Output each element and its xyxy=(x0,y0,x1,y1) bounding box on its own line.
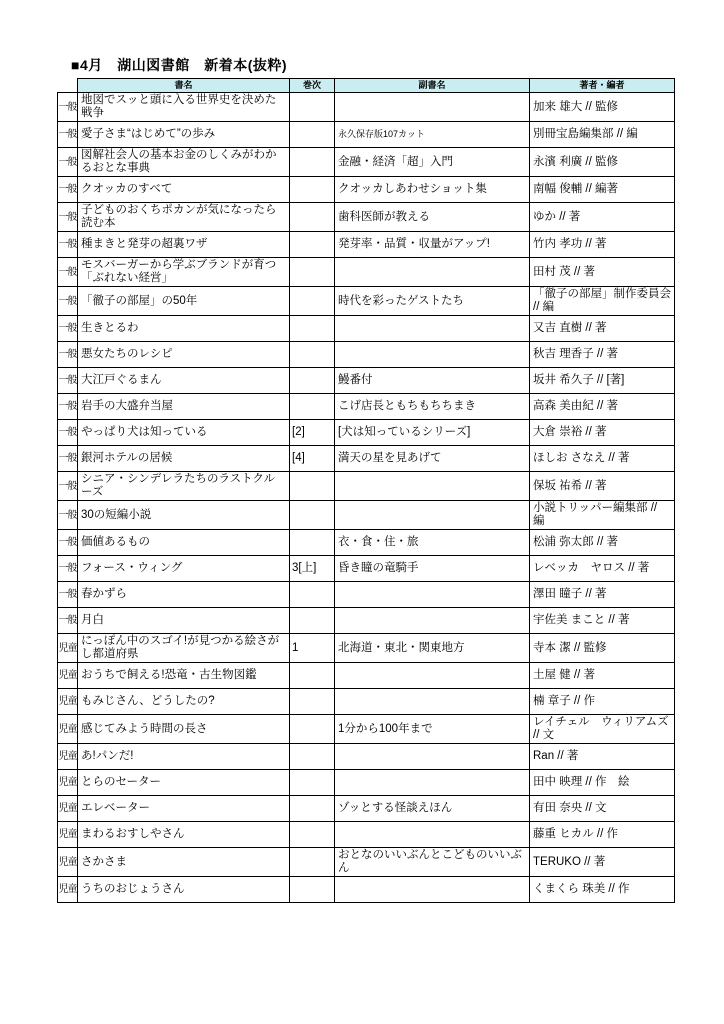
category-cell: 児童 xyxy=(58,689,78,715)
author-cell: レベッカ ヤロス // 著 xyxy=(530,556,675,582)
category-cell: 一般 xyxy=(58,446,78,472)
author-cell: 保坂 祐希 // 著 xyxy=(530,472,675,501)
title-cell: あ!パンだ! xyxy=(78,744,290,770)
subtitle-cell: こげ店長ともちもちちまき xyxy=(335,394,530,420)
header-author: 著者・編者 xyxy=(530,79,675,93)
volume-cell xyxy=(290,316,335,342)
author-cell: Ran // 著 xyxy=(530,744,675,770)
category-cell: 一般 xyxy=(58,368,78,394)
author-cell: TERUKO // 著 xyxy=(530,848,675,877)
subtitle-cell xyxy=(335,744,530,770)
subtitle-cell xyxy=(335,877,530,903)
category-cell: 児童 xyxy=(58,822,78,848)
category-cell: 一般 xyxy=(58,342,78,368)
volume-cell xyxy=(290,822,335,848)
subtitle-cell xyxy=(335,342,530,368)
title-cell: 「徹子の部屋」の50年 xyxy=(78,287,290,316)
title-cell: もみじさん、どうしたの? xyxy=(78,689,290,715)
author-cell: 藤重 ヒカル // 作 xyxy=(530,822,675,848)
author-cell: 高森 美由紀 // 著 xyxy=(530,394,675,420)
author-cell: 坂井 希久子 // [著] xyxy=(530,368,675,394)
header-volume: 巻次 xyxy=(290,79,335,93)
subtitle-cell xyxy=(335,582,530,608)
volume-cell xyxy=(290,715,335,744)
volume-cell: 1 xyxy=(290,634,335,663)
table-row: 一般地図でスッと頭に入る世界史を決めた戦争加来 雄大 // 監修 xyxy=(58,93,675,122)
header-subtitle: 副書名 xyxy=(335,79,530,93)
author-cell: 田中 映理 // 作 絵 xyxy=(530,770,675,796)
volume-cell xyxy=(290,394,335,420)
table-row: 児童とらのセーター田中 映理 // 作 絵 xyxy=(58,770,675,796)
author-cell: 澤田 瞳子 // 著 xyxy=(530,582,675,608)
author-cell: 別冊宝島編集部 // 編 xyxy=(530,122,675,148)
subtitle-cell: 北海道・東北・関東地方 xyxy=(335,634,530,663)
title-cell: クオッカのすべて xyxy=(78,177,290,203)
volume-cell xyxy=(290,608,335,634)
header-corner-cell xyxy=(58,79,78,93)
document-page: ■4月 湖山図書館 新着本(抜粋) 書名 巻次 副書名 著者・編者 一般地図でス… xyxy=(0,0,724,1024)
subtitle-cell: ゾッとする怪談えほん xyxy=(335,796,530,822)
volume-cell xyxy=(290,663,335,689)
table-row: 一般月白宇佐美 まこと // 著 xyxy=(58,608,675,634)
header-title: 書名 xyxy=(78,79,290,93)
table-row: 一般大江戸ぐるまん鰻番付坂井 希久子 // [著] xyxy=(58,368,675,394)
table-row: 一般価値あるもの衣・食・住・旅松浦 弥太郎 // 著 xyxy=(58,530,675,556)
author-cell: くまくら 珠美 // 作 xyxy=(530,877,675,903)
table-row: 一般フォース・ウィング3[上]昏き瞳の竜騎手レベッカ ヤロス // 著 xyxy=(58,556,675,582)
author-cell: 有田 奈央 // 文 xyxy=(530,796,675,822)
subtitle-cell: おとなのいいぶんとこどものいいぶん xyxy=(335,848,530,877)
book-table-body: 一般地図でスッと頭に入る世界史を決めた戦争加来 雄大 // 監修一般愛子さま“は… xyxy=(58,93,675,903)
subtitle-cell: 発芽率・品質・収量がアップ! xyxy=(335,232,530,258)
volume-cell xyxy=(290,232,335,258)
title-cell: 価値あるもの xyxy=(78,530,290,556)
author-cell: レイチェル ウィリアムズ // 文 xyxy=(530,715,675,744)
new-books-table: 書名 巻次 副書名 著者・編者 一般地図でスッと頭に入る世界史を決めた戦争加来 … xyxy=(57,78,675,903)
page-title: ■4月 湖山図書館 新着本(抜粋) xyxy=(71,55,287,75)
category-cell: 児童 xyxy=(58,848,78,877)
author-cell: 田村 茂 // 著 xyxy=(530,258,675,287)
table-row: 児童さかさまおとなのいいぶんとこどものいいぶんTERUKO // 著 xyxy=(58,848,675,877)
subtitle-cell xyxy=(335,93,530,122)
table-row: 一般「徹子の部屋」の50年時代を彩ったゲストたち「徹子の部屋」制作委員会 // … xyxy=(58,287,675,316)
volume-cell: [4] xyxy=(290,446,335,472)
author-cell: 松浦 弥太郎 // 著 xyxy=(530,530,675,556)
author-cell: 「徹子の部屋」制作委員会 // 編 xyxy=(530,287,675,316)
author-cell: 大倉 崇裕 // 著 xyxy=(530,420,675,446)
category-cell: 一般 xyxy=(58,501,78,530)
author-cell: 寺本 潔 // 監修 xyxy=(530,634,675,663)
volume-cell xyxy=(290,93,335,122)
title-cell: 種まきと発芽の超裏ワザ xyxy=(78,232,290,258)
subtitle-cell: クオッカしあわせショット集 xyxy=(335,177,530,203)
table-row: 児童もみじさん、どうしたの?楠 章子 // 作 xyxy=(58,689,675,715)
title-cell: 春かずら xyxy=(78,582,290,608)
category-cell: 児童 xyxy=(58,877,78,903)
subtitle-cell xyxy=(335,663,530,689)
volume-cell xyxy=(290,770,335,796)
author-cell: ほしお さなえ // 著 xyxy=(530,446,675,472)
title-cell: さかさま xyxy=(78,848,290,877)
table-row: 一般生きとるわ又吉 直樹 // 著 xyxy=(58,316,675,342)
subtitle-cell xyxy=(335,501,530,530)
subtitle-cell xyxy=(335,770,530,796)
volume-cell xyxy=(290,848,335,877)
title-cell: 愛子さま“はじめて”の歩み xyxy=(78,122,290,148)
title-cell: 銀河ホテルの居候 xyxy=(78,446,290,472)
volume-cell xyxy=(290,530,335,556)
author-cell: ゆか // 著 xyxy=(530,203,675,232)
author-cell: 秋吉 理香子 // 著 xyxy=(530,342,675,368)
table-row: 一般30の短編小説小説トリッパー編集部 // 編 xyxy=(58,501,675,530)
table-header: 書名 巻次 副書名 著者・編者 xyxy=(58,79,675,93)
volume-cell xyxy=(290,203,335,232)
subtitle-cell: [犬は知っているシリーズ] xyxy=(335,420,530,446)
author-cell: 加来 雄大 // 監修 xyxy=(530,93,675,122)
subtitle-cell xyxy=(335,258,530,287)
table-row: 一般銀河ホテルの居候[4]満天の星を見あげてほしお さなえ // 著 xyxy=(58,446,675,472)
category-cell: 一般 xyxy=(58,316,78,342)
category-cell: 児童 xyxy=(58,663,78,689)
table-row: 児童あ!パンだ!Ran // 著 xyxy=(58,744,675,770)
table-row: 児童うちのおじょうさんくまくら 珠美 // 作 xyxy=(58,877,675,903)
category-cell: 一般 xyxy=(58,148,78,177)
volume-cell xyxy=(290,472,335,501)
author-cell: 竹内 孝功 // 著 xyxy=(530,232,675,258)
table-row: 一般図解社会人の基本お金のしくみがわかるおとな事典金融・経済「超」入門永濱 利廣… xyxy=(58,148,675,177)
title-cell: 大江戸ぐるまん xyxy=(78,368,290,394)
volume-cell xyxy=(290,877,335,903)
title-cell: 地図でスッと頭に入る世界史を決めた戦争 xyxy=(78,93,290,122)
category-cell: 一般 xyxy=(58,232,78,258)
table-row: 一般岩手の大盛弁当屋こげ店長ともちもちちまき高森 美由紀 // 著 xyxy=(58,394,675,420)
subtitle-cell: 歯科医師が教える xyxy=(335,203,530,232)
title-cell: 感じてみよう時間の長さ xyxy=(78,715,290,744)
subtitle-cell: 昏き瞳の竜騎手 xyxy=(335,556,530,582)
author-cell: 楠 章子 // 作 xyxy=(530,689,675,715)
author-cell: 宇佐美 まこと // 著 xyxy=(530,608,675,634)
author-cell: 又吉 直樹 // 著 xyxy=(530,316,675,342)
table-row: 一般春かずら澤田 瞳子 // 著 xyxy=(58,582,675,608)
category-cell: 児童 xyxy=(58,634,78,663)
title-cell: 月白 xyxy=(78,608,290,634)
title-cell: モスバーガーから学ぶブランドが育つ「ぶれない経営」 xyxy=(78,258,290,287)
subtitle-cell: 金融・経済「超」入門 xyxy=(335,148,530,177)
category-cell: 一般 xyxy=(58,177,78,203)
subtitle-cell: 満天の星を見あげて xyxy=(335,446,530,472)
subtitle-cell xyxy=(335,316,530,342)
volume-cell xyxy=(290,368,335,394)
table-row: 児童おうちで飼える!恐竜・古生物図鑑土屋 健 // 著 xyxy=(58,663,675,689)
title-cell: にっぽん中のスゴイ!が見つかる絵さがし都道府県 xyxy=(78,634,290,663)
category-cell: 一般 xyxy=(58,420,78,446)
table-row: 児童まわるおすしやさん藤重 ヒカル // 作 xyxy=(58,822,675,848)
category-cell: 一般 xyxy=(58,93,78,122)
table-row: 一般やっぱり犬は知っている[2][犬は知っているシリーズ]大倉 崇裕 // 著 xyxy=(58,420,675,446)
title-cell: 30の短編小説 xyxy=(78,501,290,530)
table-row: 一般愛子さま“はじめて”の歩み永久保存版107カット別冊宝島編集部 // 編 xyxy=(58,122,675,148)
table-row: 児童にっぽん中のスゴイ!が見つかる絵さがし都道府県1北海道・東北・関東地方寺本 … xyxy=(58,634,675,663)
volume-cell xyxy=(290,582,335,608)
category-cell: 児童 xyxy=(58,770,78,796)
category-cell: 一般 xyxy=(58,556,78,582)
subtitle-cell xyxy=(335,689,530,715)
table-row: 一般子どものおくちポカンが気になったら読む本歯科医師が教えるゆか // 著 xyxy=(58,203,675,232)
volume-cell xyxy=(290,501,335,530)
title-cell: 岩手の大盛弁当屋 xyxy=(78,394,290,420)
title-cell: とらのセーター xyxy=(78,770,290,796)
title-cell: シニア・シンデレラたちのラストクルーズ xyxy=(78,472,290,501)
table-row: 一般悪女たちのレシピ秋吉 理香子 // 著 xyxy=(58,342,675,368)
category-cell: 一般 xyxy=(58,608,78,634)
subtitle-cell xyxy=(335,472,530,501)
title-cell: フォース・ウィング xyxy=(78,556,290,582)
table-row: 一般モスバーガーから学ぶブランドが育つ「ぶれない経営」田村 茂 // 著 xyxy=(58,258,675,287)
title-cell: まわるおすしやさん xyxy=(78,822,290,848)
category-cell: 一般 xyxy=(58,530,78,556)
table-row: 児童感じてみよう時間の長さ1分から100年までレイチェル ウィリアムズ // 文 xyxy=(58,715,675,744)
subtitle-cell: 衣・食・住・旅 xyxy=(335,530,530,556)
category-cell: 一般 xyxy=(58,582,78,608)
category-cell: 一般 xyxy=(58,472,78,501)
subtitle-cell: 鰻番付 xyxy=(335,368,530,394)
subtitle-cell xyxy=(335,822,530,848)
title-cell: 悪女たちのレシピ xyxy=(78,342,290,368)
title-cell: 子どものおくちポカンが気になったら読む本 xyxy=(78,203,290,232)
subtitle-cell: 永久保存版107カット xyxy=(335,122,530,148)
title-cell: やっぱり犬は知っている xyxy=(78,420,290,446)
title-cell: 図解社会人の基本お金のしくみがわかるおとな事典 xyxy=(78,148,290,177)
author-cell: 小説トリッパー編集部 // 編 xyxy=(530,501,675,530)
subtitle-cell: 時代を彩ったゲストたち xyxy=(335,287,530,316)
author-cell: 永濱 利廣 // 監修 xyxy=(530,148,675,177)
category-cell: 児童 xyxy=(58,744,78,770)
volume-cell xyxy=(290,342,335,368)
category-cell: 一般 xyxy=(58,203,78,232)
category-cell: 児童 xyxy=(58,715,78,744)
volume-cell xyxy=(290,122,335,148)
volume-cell xyxy=(290,177,335,203)
subtitle-cell: 1分から100年まで xyxy=(335,715,530,744)
volume-cell xyxy=(290,689,335,715)
category-cell: 一般 xyxy=(58,287,78,316)
title-cell: うちのおじょうさん xyxy=(78,877,290,903)
category-cell: 一般 xyxy=(58,122,78,148)
title-cell: 生きとるわ xyxy=(78,316,290,342)
subtitle-cell xyxy=(335,608,530,634)
table-row: 一般クオッカのすべてクオッカしあわせショット集南幅 俊輔 // 編著 xyxy=(58,177,675,203)
table-row: 一般シニア・シンデレラたちのラストクルーズ保坂 祐希 // 著 xyxy=(58,472,675,501)
title-cell: エレベーター xyxy=(78,796,290,822)
volume-cell xyxy=(290,258,335,287)
volume-cell: [2] xyxy=(290,420,335,446)
header-row: 書名 巻次 副書名 著者・編者 xyxy=(58,79,675,93)
author-cell: 土屋 健 // 著 xyxy=(530,663,675,689)
title-cell: おうちで飼える!恐竜・古生物図鑑 xyxy=(78,663,290,689)
volume-cell: 3[上] xyxy=(290,556,335,582)
table-row: 一般種まきと発芽の超裏ワザ発芽率・品質・収量がアップ!竹内 孝功 // 著 xyxy=(58,232,675,258)
volume-cell xyxy=(290,796,335,822)
category-cell: 児童 xyxy=(58,796,78,822)
category-cell: 一般 xyxy=(58,258,78,287)
volume-cell xyxy=(290,148,335,177)
volume-cell xyxy=(290,287,335,316)
table-row: 児童エレベーターゾッとする怪談えほん有田 奈央 // 文 xyxy=(58,796,675,822)
author-cell: 南幅 俊輔 // 編著 xyxy=(530,177,675,203)
category-cell: 一般 xyxy=(58,394,78,420)
volume-cell xyxy=(290,744,335,770)
